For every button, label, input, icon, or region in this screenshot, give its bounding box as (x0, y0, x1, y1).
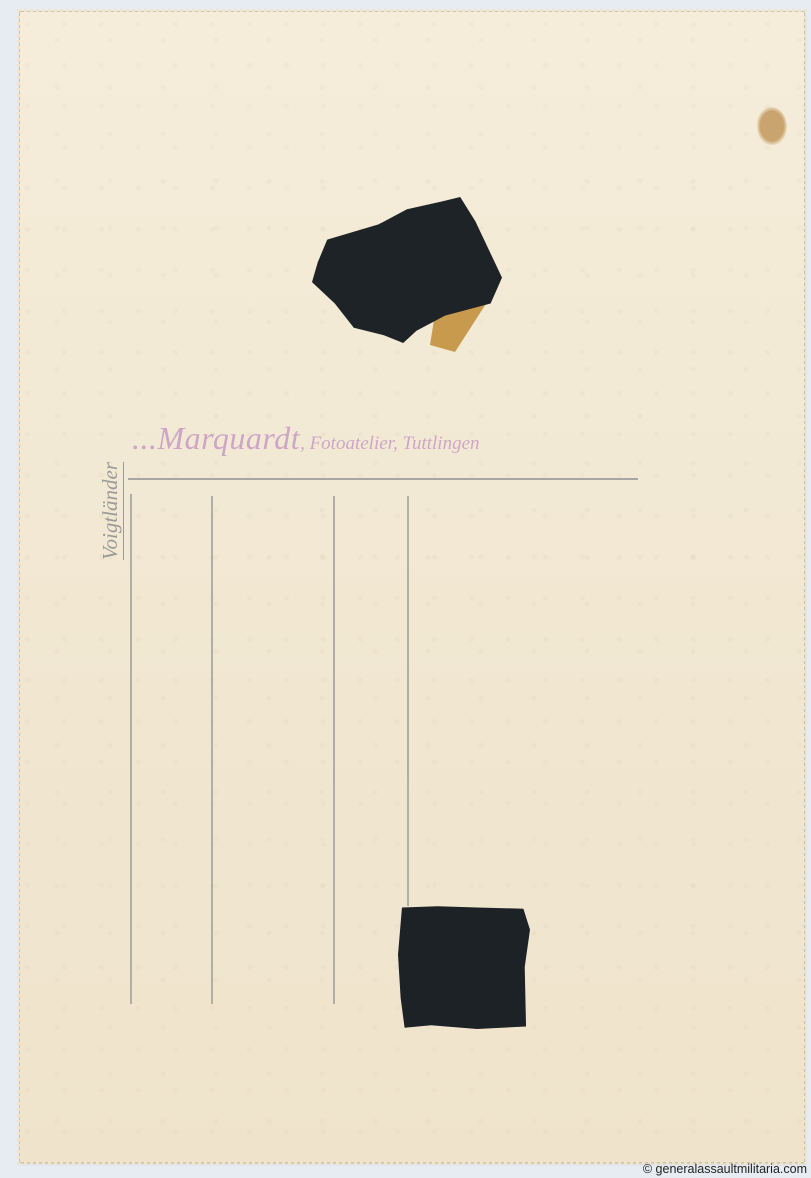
address-line-2 (211, 496, 213, 1004)
divider-line (128, 478, 638, 480)
copyright-watermark: © generalassaultmilitaria.com (643, 1162, 807, 1176)
stamp-name: ...Marquardt (132, 420, 300, 456)
voigtlander-imprint: Voigtländer (98, 462, 124, 560)
stain-spot (757, 107, 787, 145)
stamp-location: , Fotoatelier, Tuttlingen (300, 433, 479, 454)
address-line-3 (333, 496, 335, 1004)
address-line-1 (130, 494, 132, 1004)
postcard-back: Voigtländer ...Marquardt, Fotoatelier, T… (20, 12, 804, 1162)
address-line-4 (407, 496, 409, 906)
fabric-remnant-bottom (398, 905, 530, 1029)
studio-stamp: ...Marquardt, Fotoatelier, Tuttlingen (132, 420, 480, 457)
